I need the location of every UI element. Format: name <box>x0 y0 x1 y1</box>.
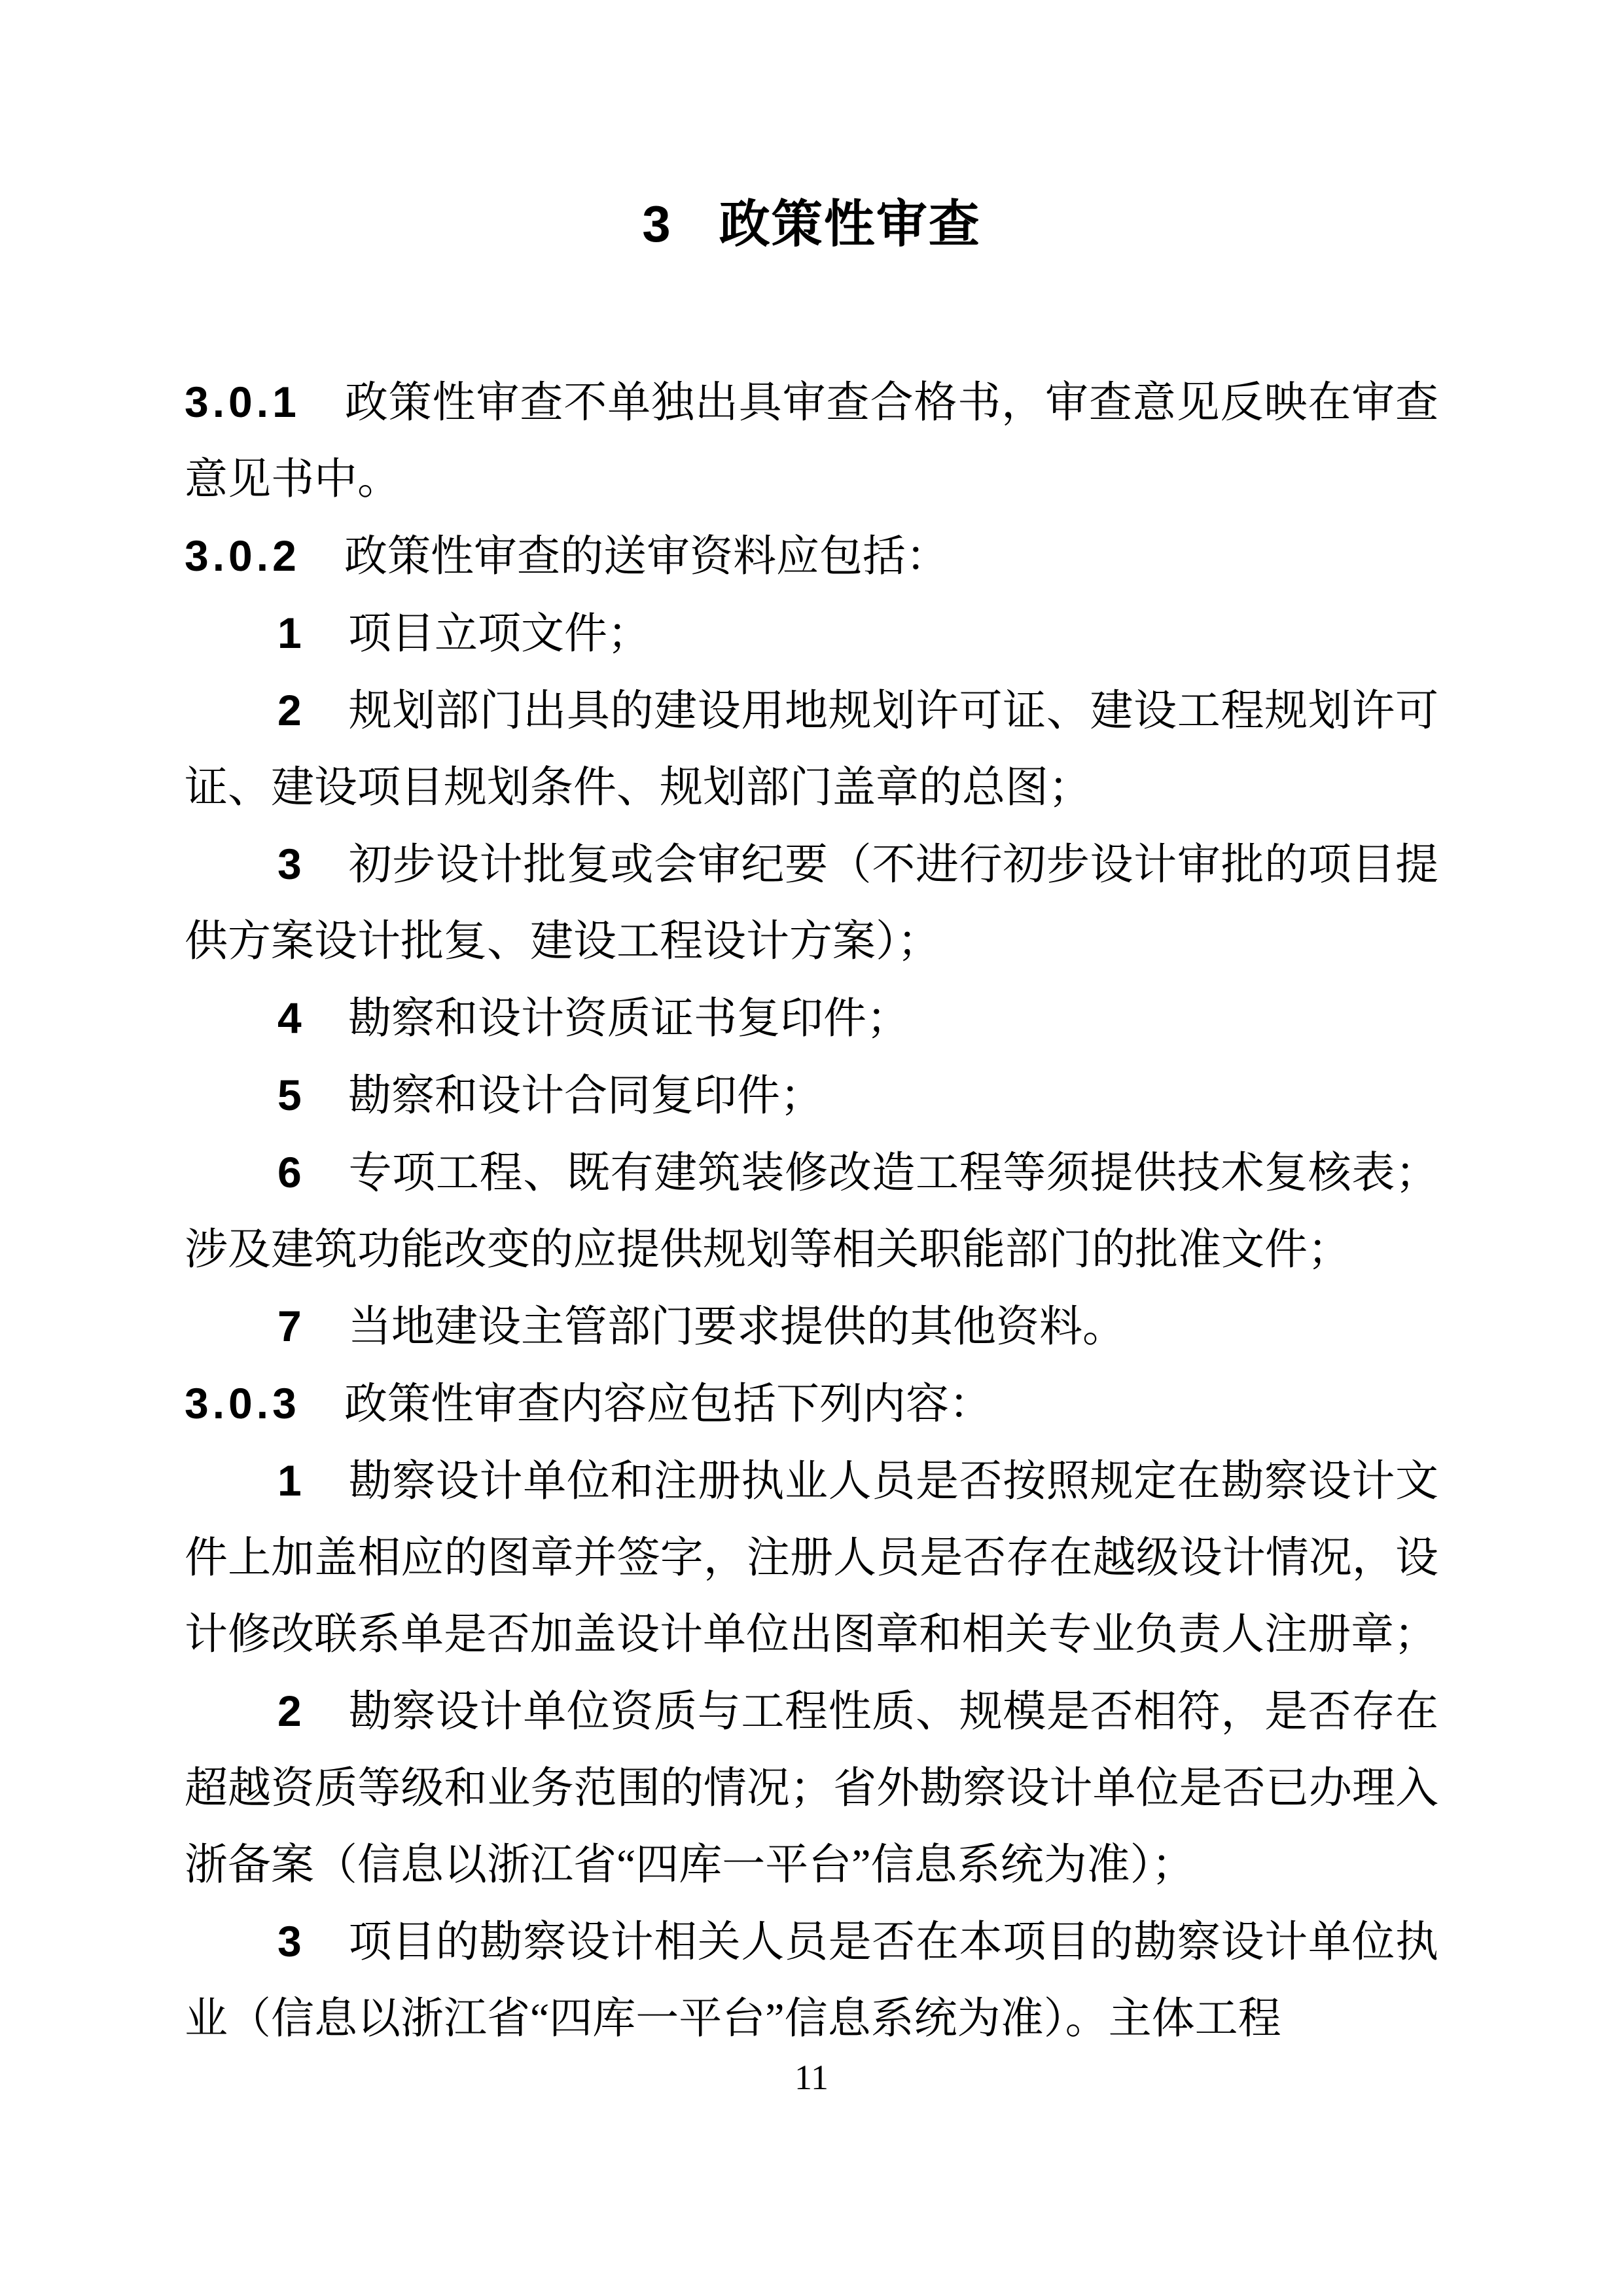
list-item-3: 3初步设计批复或会审纪要（不进行初步设计审批的项目提供方案设计批复、建设工程设计… <box>185 826 1438 980</box>
document-page: 3政策性审查 3.0.1政策性审查不单独出具审查合格书，审查意见反映在审查意见书… <box>0 0 1623 2296</box>
item-text: 规划部门出具的建设用地规划许可证、建设工程规划许可证、建设项目规划条件、规划部门… <box>185 687 1438 812</box>
list-item-5: 5勘察和设计合同复印件； <box>185 1057 1438 1134</box>
item-number: 6 <box>277 1134 348 1211</box>
section-text: 政策性审查内容应包括下列内容： <box>344 1380 992 1428</box>
item-text: 初步设计批复或会审纪要（不进行初步设计审批的项目提供方案设计批复、建设工程设计方… <box>185 841 1438 965</box>
chapter-title: 3政策性审查 <box>185 196 1438 251</box>
page-number: 11 <box>185 2058 1438 2096</box>
list-item-4: 4勘察和设计资质证书复印件； <box>185 980 1438 1057</box>
section-3.0.1: 3.0.1政策性审查不单独出具审查合格书，审查意见反映在审查意见书中。 <box>185 364 1438 518</box>
section-3.0.3: 3.0.3政策性审查内容应包括下列内容： <box>185 1365 1438 1443</box>
item-text: 专项工程、既有建筑装修改造工程等须提供技术复核表；涉及建筑功能改变的应提供规划等… <box>185 1149 1438 1274</box>
item-text: 当地建设主管部门要求提供的其他资料。 <box>348 1303 1126 1351</box>
list-item-1-of-3.0.3: 1勘察设计单位和注册执业人员是否按照规定在勘察设计文件上加盖相应的图章并签字，注… <box>185 1443 1438 1673</box>
chapter-number: 3 <box>642 195 671 253</box>
item-number: 2 <box>277 1673 348 1749</box>
item-text: 勘察和设计资质证书复印件； <box>348 995 910 1043</box>
item-number: 1 <box>277 595 348 672</box>
item-text: 勘察和设计合同复印件； <box>348 1072 823 1120</box>
document-body: 3.0.1政策性审查不单独出具审查合格书，审查意见反映在审查意见书中。 3.0.… <box>185 364 1438 2057</box>
list-item-7: 7当地建设主管部门要求提供的其他资料。 <box>185 1288 1438 1365</box>
item-text: 勘察设计单位和注册执业人员是否按照规定在勘察设计文件上加盖相应的图章并签字，注册… <box>185 1458 1438 1659</box>
list-item-6: 6专项工程、既有建筑装修改造工程等须提供技术复核表；涉及建筑功能改变的应提供规划… <box>185 1134 1438 1288</box>
item-text: 项目的勘察设计相关人员是否在本项目的勘察设计单位执业（信息以浙江省“四库一平台”… <box>185 1918 1438 2043</box>
chapter-title-text: 政策性审查 <box>719 195 981 253</box>
item-number: 5 <box>277 1057 348 1134</box>
item-number: 4 <box>277 980 348 1056</box>
list-item-1: 1项目立项文件； <box>185 595 1438 672</box>
item-text: 项目立项文件； <box>348 610 651 658</box>
section-label: 3.0.2 <box>185 518 344 594</box>
list-item-2: 2规划部门出具的建设用地规划许可证、建设工程规划许可证、建设项目规划条件、规划部… <box>185 672 1438 826</box>
section-text: 政策性审查不单独出具审查合格书，审查意见反映在审查意见书中。 <box>185 379 1438 503</box>
section-label: 3.0.3 <box>185 1365 344 1442</box>
item-number: 2 <box>277 672 348 749</box>
item-number: 1 <box>277 1443 348 1519</box>
list-item-3-of-3.0.3: 3项目的勘察设计相关人员是否在本项目的勘察设计单位执业（信息以浙江省“四库一平台… <box>185 1903 1438 2057</box>
item-text: 勘察设计单位资质与工程性质、规模是否相符，是否存在超越资质等级和业务范围的情况；… <box>185 1688 1438 1889</box>
list-item-2-of-3.0.3: 2勘察设计单位资质与工程性质、规模是否相符，是否存在超越资质等级和业务范围的情况… <box>185 1673 1438 1903</box>
item-number: 3 <box>277 826 348 903</box>
item-number: 3 <box>277 1903 348 1980</box>
section-label: 3.0.1 <box>185 364 344 440</box>
item-number: 7 <box>277 1288 348 1365</box>
section-3.0.2: 3.0.2政策性审查的送审资料应包括： <box>185 518 1438 595</box>
section-text: 政策性审查的送审资料应包括： <box>344 533 949 581</box>
